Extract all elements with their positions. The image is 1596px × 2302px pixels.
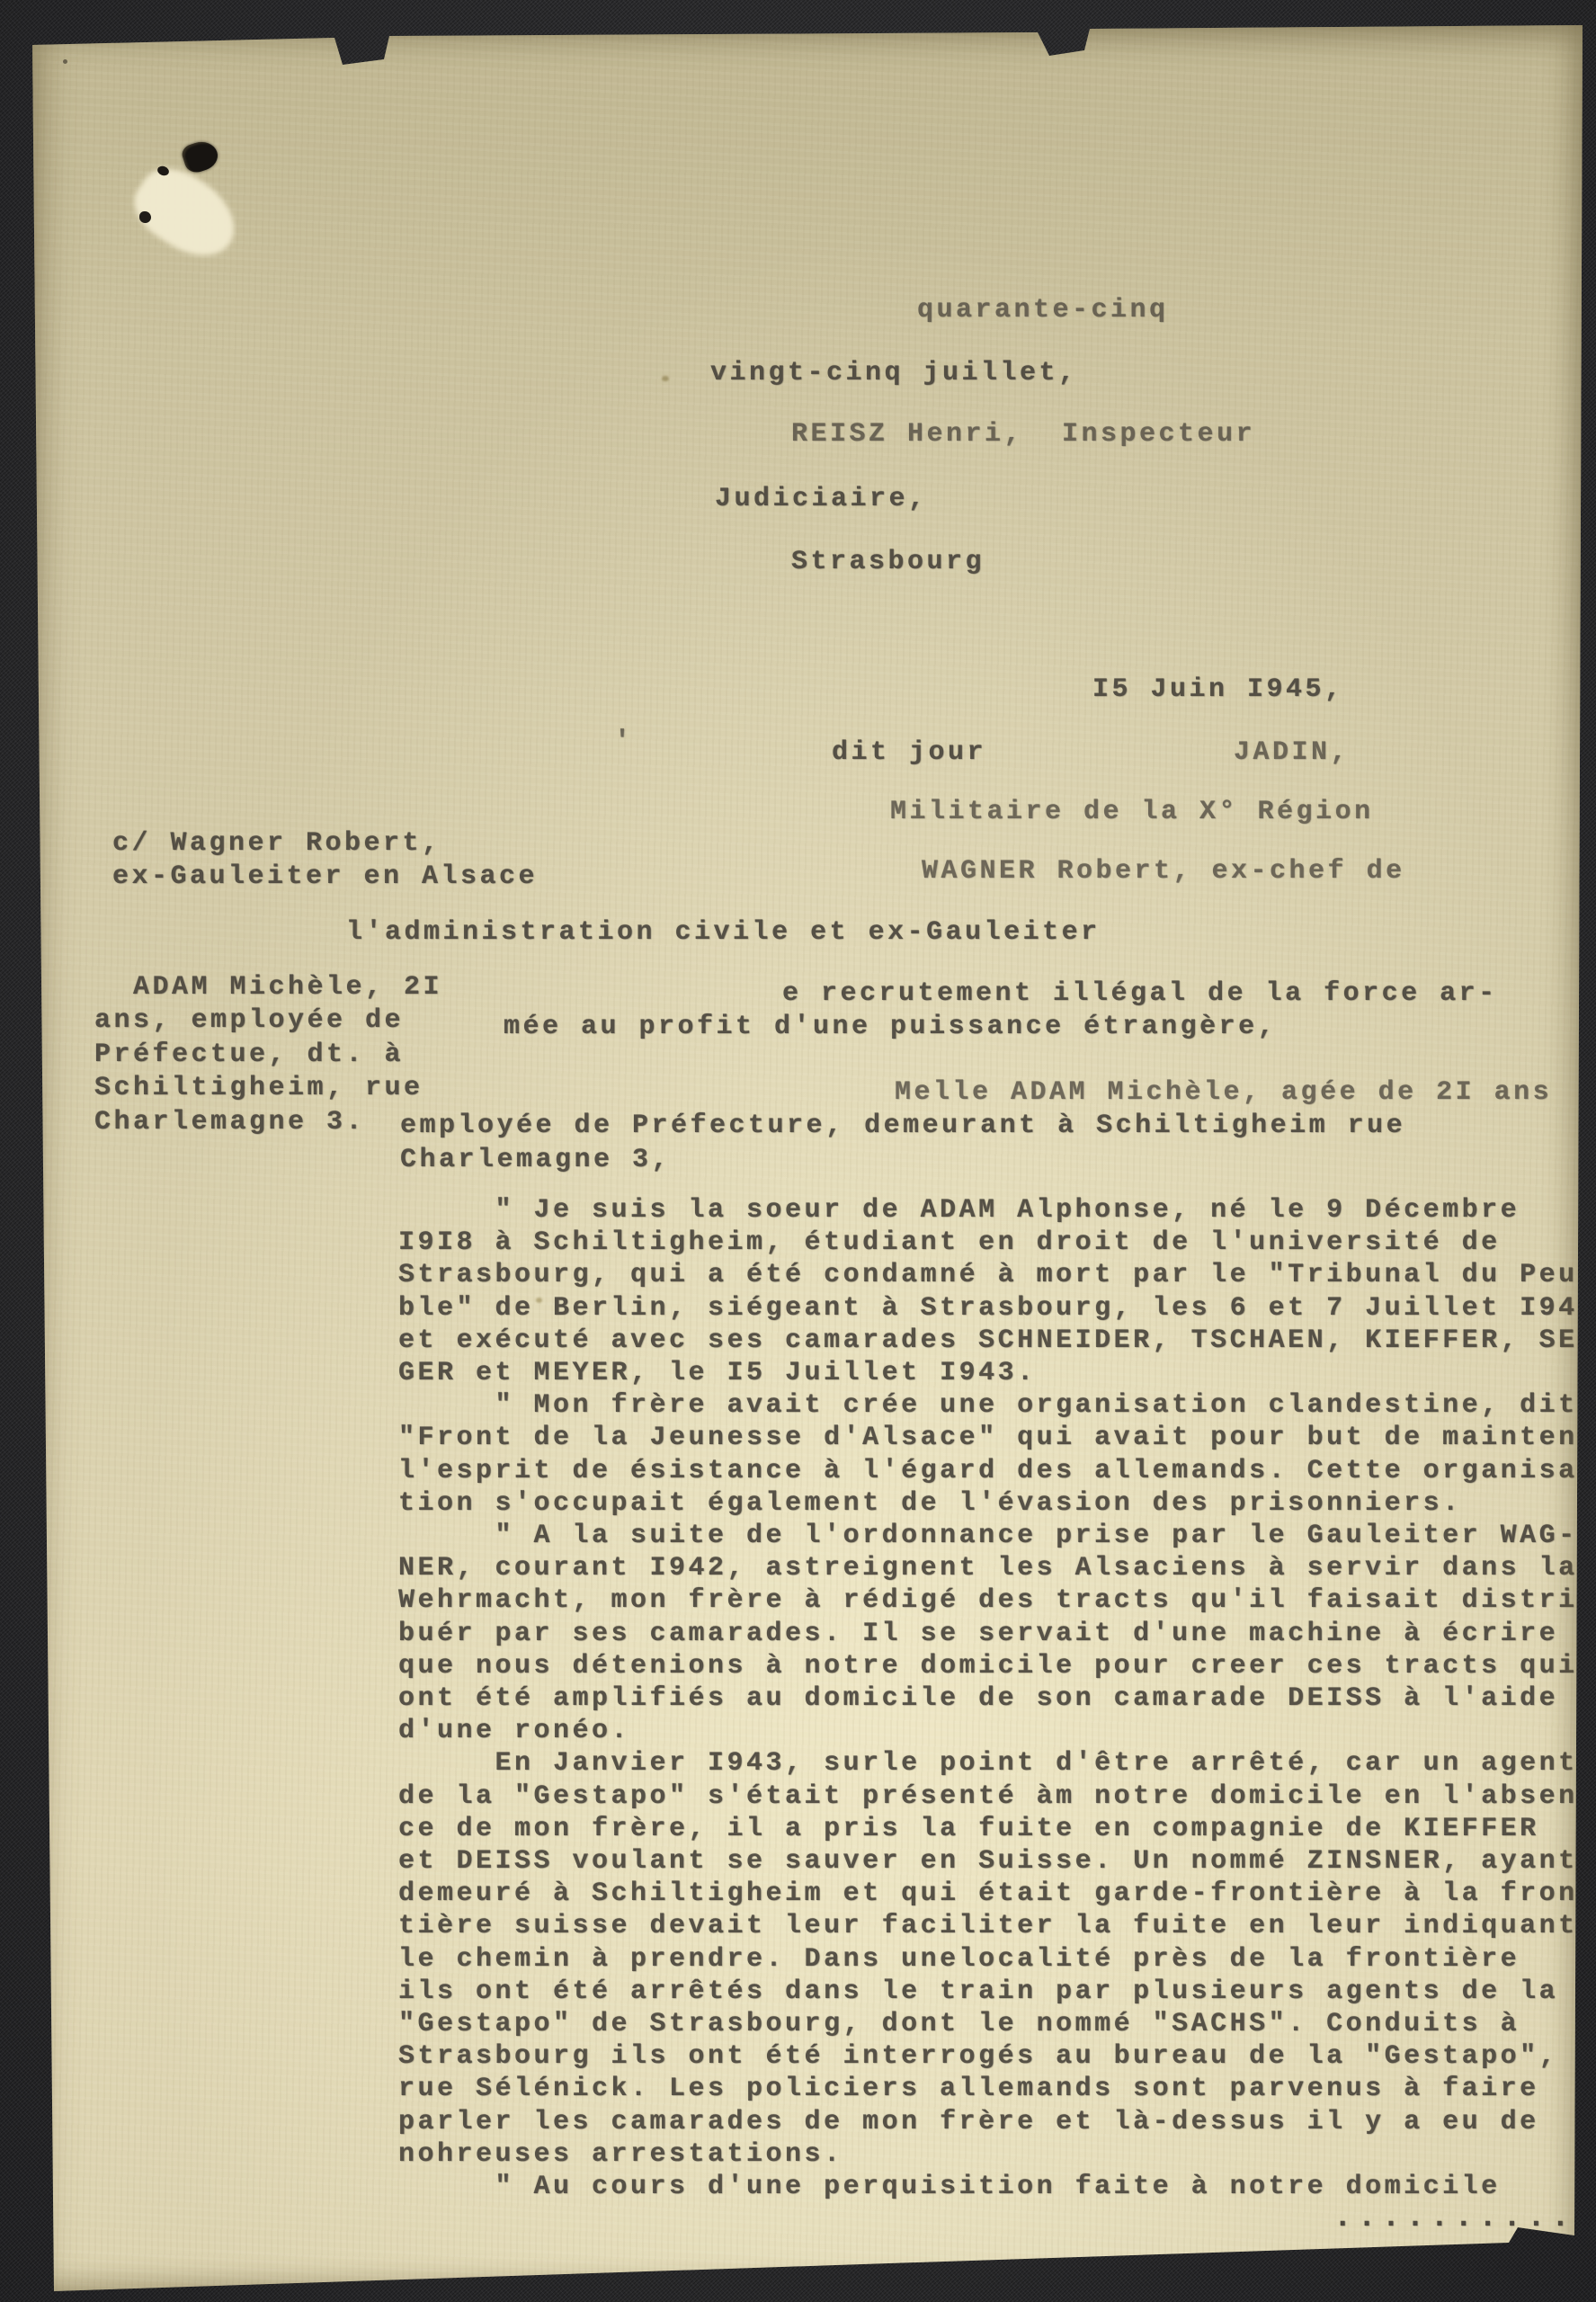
date-word-line: vingt-cinq juillet,	[710, 360, 1078, 387]
dit-jour-line: dit jour	[832, 739, 986, 766]
margin-witness-block: ADAM Michèle, 2I ans, employée de Préfec…	[94, 971, 442, 1139]
page-number-word: quarante-cinq	[917, 297, 1169, 324]
militaire-region-line: Militaire de la X° Région	[890, 799, 1374, 825]
inspector-name-line: REISZ Henri, Inspecteur	[791, 421, 1255, 448]
document-paper: quarante-cinq vingt-cinq juillet, REISZ …	[32, 25, 1583, 2291]
wagner-title-line: WAGNER Robert, ex-chef de	[922, 858, 1405, 885]
admin-gauleiter-line: l'administration civile et ex-Gauleiter	[346, 919, 1101, 946]
witness-intro-line-2: employée de Préfecture, demeurant à Schi…	[400, 1112, 1405, 1139]
deposition-body: " Je suis la soeur de ADAM Alphonse, né …	[398, 1194, 1596, 2203]
document-date: I5 Juin I945,	[1092, 676, 1344, 703]
margin-accused-block: c/ Wagner Robert, ex-Gauleiter en Alsace	[112, 827, 538, 895]
typewritten-ink-layer: quarante-cinq vingt-cinq juillet, REISZ …	[32, 25, 1583, 2291]
charge-line-2: mée au profit d'une puissance étrangère,	[504, 1013, 1277, 1040]
judge-name: JADIN,	[1234, 739, 1350, 766]
charge-line-1: e recrutement illégal de la force ar-	[782, 980, 1498, 1007]
continuation-dots: ..........	[1333, 2203, 1575, 2234]
stray-mark: '	[614, 728, 634, 755]
inspector-title-line: Judiciaire,	[715, 486, 928, 513]
city-line: Strasbourg	[791, 549, 985, 575]
witness-intro-line-3: Charlemagne 3,	[400, 1147, 671, 1173]
witness-intro-line-1: Melle ADAM Michèle, agée de 2I ans	[895, 1079, 1552, 1106]
